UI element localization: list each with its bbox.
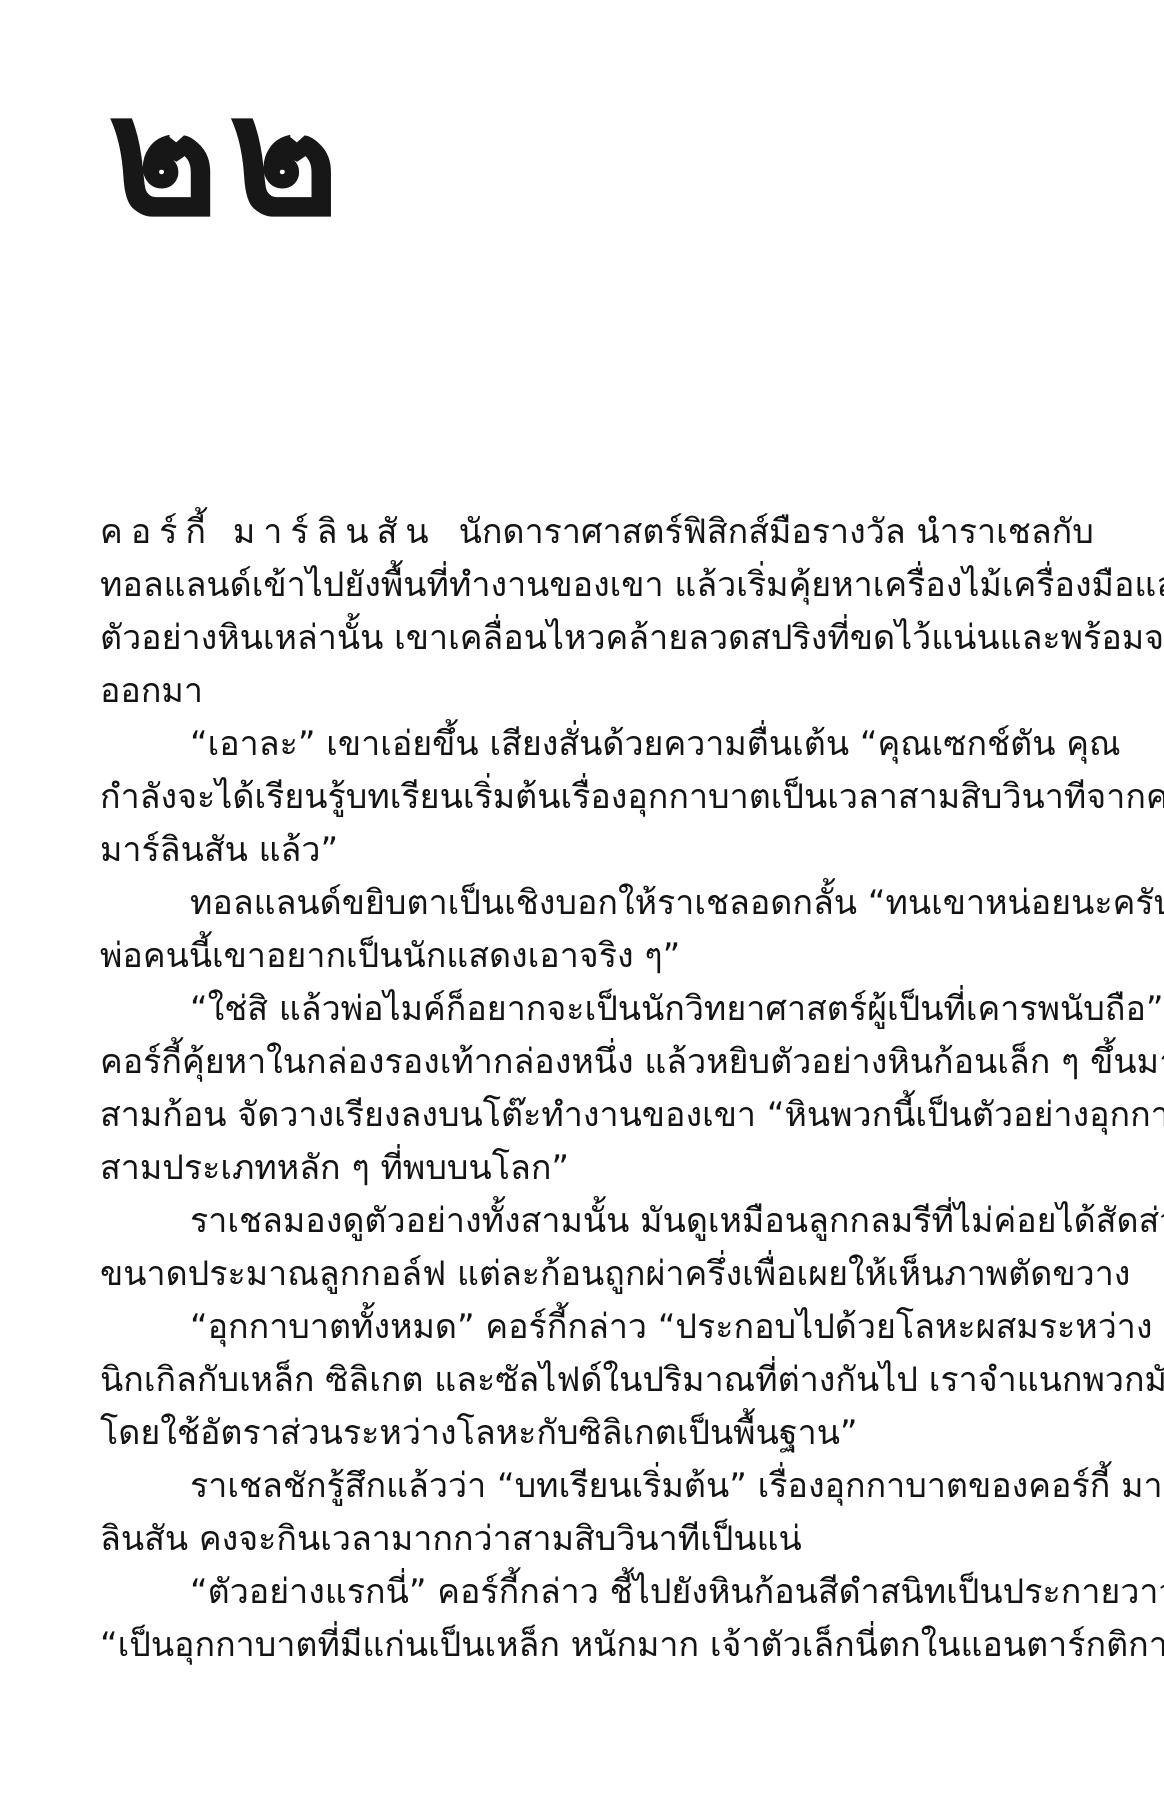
paragraph: “อุกกาบาตทั้งหมด” คอร์กี้กล่าว “ประกอบไป… <box>100 1301 915 1460</box>
text-line: กำลังจะได้เรียนรู้บทเรียนเริ่มต้นเรื่องอ… <box>100 771 915 824</box>
text-line: โดยใช้อัตราส่วนระหว่างโลหะกับซิลิเกตเป็น… <box>100 1407 915 1460</box>
chapter-number: ๒๒ <box>108 72 349 240</box>
text-line: ออกมา <box>100 665 915 718</box>
text-line: ราเชลชักรู้สึกแล้วว่า “บทเรียนเริ่มต้น” … <box>100 1460 915 1513</box>
text-line: ราเชลมองดูตัวอย่างทั้งสามนั้น มันดูเหมือ… <box>100 1195 915 1248</box>
text-line: ลินสัน คงจะกินเวลามากกว่าสามสิบวินาทีเป็… <box>100 1513 915 1566</box>
paragraph: “เอาละ” เขาเอ่ยขึ้น เสียงสั่นด้วยความตื่… <box>100 718 915 877</box>
book-page: ๒๒ คอร์กี้ มาร์ลินสันนักดาราศาสตร์ฟิสิกส… <box>0 0 1164 1800</box>
text-line: คอร์กี้คุ้ยหาในกล่องรองเท้ากล่องหนึ่ง แล… <box>100 1036 915 1089</box>
paragraph: “ตัวอย่างแรกนี่” คอร์กี้กล่าว ชี้ไปยังหิ… <box>100 1566 915 1672</box>
body-text: คอร์กี้ มาร์ลินสันนักดาราศาสตร์ฟิสิกส์มื… <box>100 506 915 1672</box>
text-line: สามประเภทหลัก ๆ ที่พบบนโลก” <box>100 1142 915 1195</box>
text-line: “ใช่สิ แล้วพ่อไมค์ก็อยากจะเป็นนักวิทยาศา… <box>100 983 915 1036</box>
text-line: มาร์ลินสัน แล้ว” <box>100 824 915 877</box>
paragraph: “ใช่สิ แล้วพ่อไมค์ก็อยากจะเป็นนักวิทยาศา… <box>100 983 915 1195</box>
text-line: ขนาดประมาณลูกกอล์ฟ แต่ละก้อนถูกผ่าครึ่งเ… <box>100 1248 915 1301</box>
text-line: คอร์กี้ มาร์ลินสันนักดาราศาสตร์ฟิสิกส์มื… <box>100 506 915 559</box>
text-line: นิกเกิลกับเหล็ก ซิลิเกต และซัลไฟด์ในปริม… <box>100 1354 915 1407</box>
paragraph: ราเชลมองดูตัวอย่างทั้งสามนั้น มันดูเหมือ… <box>100 1195 915 1301</box>
text-line: ทอลแลนด์ขยิบตาเป็นเชิงบอกให้ราเชลอดกลั้น… <box>100 877 915 930</box>
paragraph: คอร์กี้ มาร์ลินสันนักดาราศาสตร์ฟิสิกส์มื… <box>100 506 915 718</box>
text-line: “เอาละ” เขาเอ่ยขึ้น เสียงสั่นด้วยความตื่… <box>100 718 915 771</box>
chapter-opening-name: คอร์กี้ มาร์ลินสัน <box>100 512 437 552</box>
text-line: ทอลแลนด์เข้าไปยังพื้นที่ทำงานของเขา แล้ว… <box>100 559 915 612</box>
text-line: “ตัวอย่างแรกนี่” คอร์กี้กล่าว ชี้ไปยังหิ… <box>100 1566 915 1619</box>
text-line: พ่อคนนี้เขาอยากเป็นนักแสดงเอาจริง ๆ” <box>100 930 915 983</box>
paragraph: ทอลแลนด์ขยิบตาเป็นเชิงบอกให้ราเชลอดกลั้น… <box>100 877 915 983</box>
text-line: “เป็นอุกกาบาตที่มีแก่นเป็นเหล็ก หนักมาก … <box>100 1619 915 1672</box>
text-line: สามก้อน จัดวางเรียงลงบนโต๊ะทำงานของเขา “… <box>100 1089 915 1142</box>
paragraph: ราเชลชักรู้สึกแล้วว่า “บทเรียนเริ่มต้น” … <box>100 1460 915 1566</box>
text-line: ตัวอย่างหินเหล่านั้น เขาเคลื่อนไหวคล้ายล… <box>100 612 915 665</box>
text-line: “อุกกาบาตทั้งหมด” คอร์กี้กล่าว “ประกอบไป… <box>100 1301 915 1354</box>
